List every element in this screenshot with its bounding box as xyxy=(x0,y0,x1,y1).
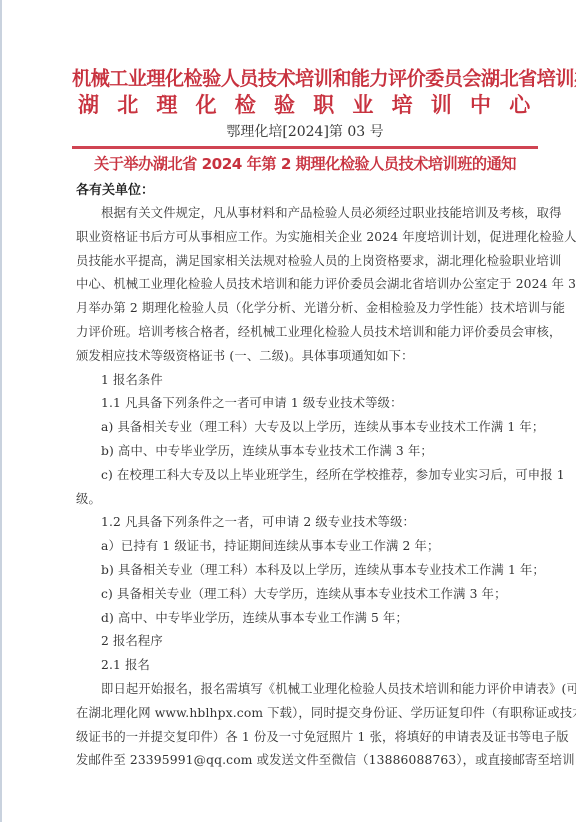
registration-line: 级证书的一并提交复印件）各 1 份及一寸免冠照片 1 张，将填好的申请表及证书等… xyxy=(76,726,536,750)
section-heading-registration-conditions: 1 报名条件 xyxy=(76,369,536,393)
intro-line: 月举办第 2 期理化检验人员（化学分析、光谱分析、金相检验及力学性能）技术培训与… xyxy=(76,297,536,321)
condition-item: d) 高中、中专毕业学历，连续从事本专业工作满 5 年； xyxy=(76,607,536,631)
condition-item: c) 在校理工科大专及以上毕业班学生，经所在学校推荐，参加专业实习后，可申报 1 xyxy=(76,464,536,488)
condition-item: a）已持有 1 级证书，持证期间连续从事本专业工作满 2 年； xyxy=(76,535,536,559)
document-page: 机械工业理化检验人员技术培训和能力评价委员会湖北省培训办公室 湖北理化检验职业培… xyxy=(0,0,576,822)
header-divider xyxy=(72,146,538,149)
registration-paragraph: 即日起开始报名，报名需填写《机械工业理化检验人员技术培训和能力评价申请表》(可 … xyxy=(76,678,536,773)
intro-line: 职业资格证书后方可从事相应工作。为实施相关企业 2024 年度培训计划，促进理化… xyxy=(76,226,536,250)
subsection-heading-registration: 2.1 报名 xyxy=(76,654,536,678)
condition-item-continuation: 级。 xyxy=(76,488,536,512)
condition-item: a) 具备相关专业（理工科）大专及以上学历，连续从事本专业技术工作满 1 年； xyxy=(76,416,536,440)
section-heading-registration-procedure: 2 报名程序 xyxy=(76,630,536,654)
intro-line: 员技能水平提高，满足国家相关法规对检验人员的上岗资格要求，湖北理化检验职业培训 xyxy=(76,250,536,274)
document-number: 鄂理化培[2024]第 03 号 xyxy=(72,121,538,141)
registration-line: 发邮件至 23395991@qq.com 或发送文件至微信（1388608876… xyxy=(76,749,536,773)
registration-line: 在湖北理化网 www.hblhpx.com 下载），同时提交身份证、学历证复印件… xyxy=(76,702,536,726)
intro-line: 根据有关文件规定，凡从事材料和产品检验人员必须经过职业技能培训及考核，取得 xyxy=(76,202,536,226)
intro-paragraph: 根据有关文件规定，凡从事材料和产品检验人员必须经过职业技能培训及考核，取得 职业… xyxy=(76,202,536,369)
notice-title: 关于举办湖北省 2024 年第 2 期理化检验人员技术培训班的通知 xyxy=(72,153,538,174)
condition-item: b) 具备相关专业（理工科）本科及以上学历，连续从事本专业技术工作满 1 年； xyxy=(76,559,536,583)
registration-line: 即日起开始报名，报名需填写《机械工业理化检验人员技术培训和能力评价申请表》(可 xyxy=(76,678,536,702)
subsection-heading-level1: 1.1 凡具备下列条件之一者可申请 1 级专业技术等级： xyxy=(76,392,536,416)
intro-line: 力评价班。培训考核合格者，经机械工业理化检验人员技术培训和能力评价委员会审核， xyxy=(76,321,536,345)
subsection-heading-level2: 1.2 凡具备下列条件之一者，可申请 2 级专业技术等级： xyxy=(76,511,536,535)
condition-item: b) 高中、中专毕业学历，连续从事本专业技术工作满 3 年； xyxy=(76,440,536,464)
intro-line: 中心、机械工业理化检验人员技术培训和能力评价委员会湖北省培训办公室定于 2024… xyxy=(76,273,536,297)
notice-body: 根据有关文件规定，凡从事材料和产品检验人员必须经过职业技能培训及考核，取得 职业… xyxy=(76,202,536,773)
condition-item: c) 具备相关专业（理工科）大专学历，连续从事本专业技术工作满 3 年； xyxy=(76,583,536,607)
intro-line: 颁发相应技术等级资格证书 (一、二级)。具体事项通知如下： xyxy=(76,345,536,369)
salutation: 各有关单位： xyxy=(76,179,154,198)
issuer-org-heading: 机械工业理化检验人员技术培训和能力评价委员会湖北省培训办公室 xyxy=(72,64,538,91)
issuer-center-heading: 湖北理化检验职业培训中心 xyxy=(72,89,538,119)
